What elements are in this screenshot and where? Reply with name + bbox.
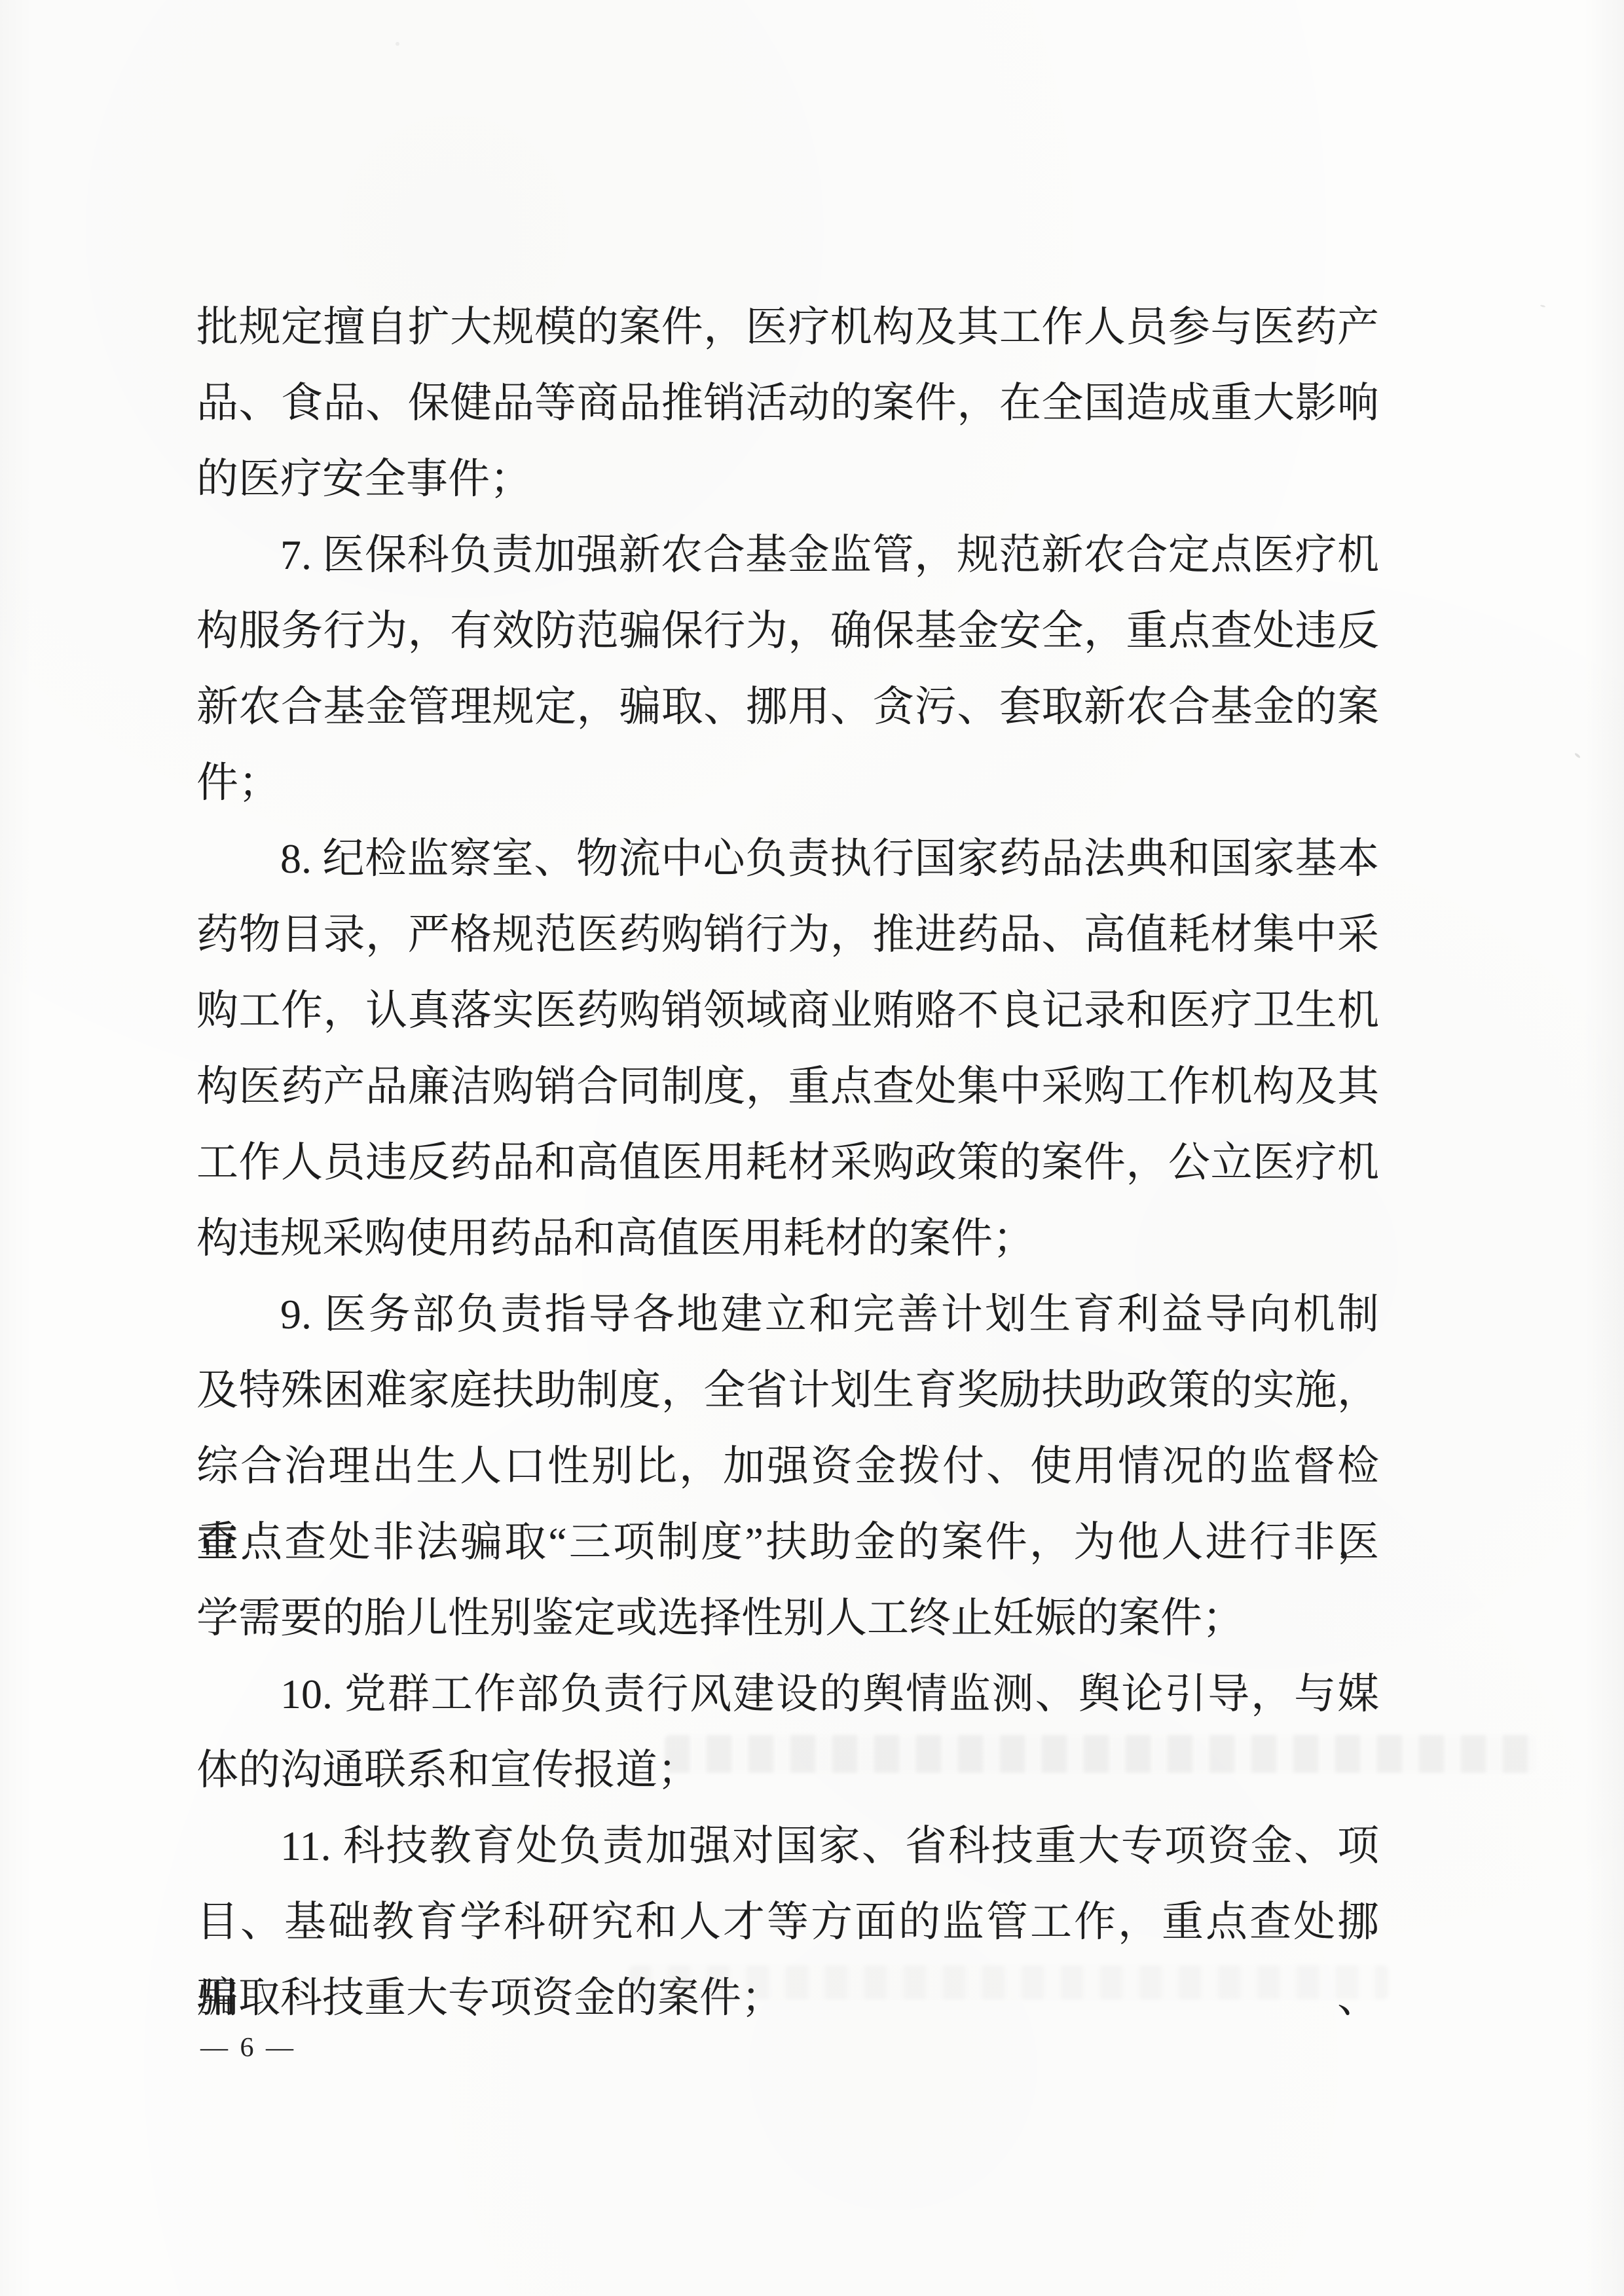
text-line: 及特殊困难家庭扶助制度，全省计划生育奖励扶助政策的实施， xyxy=(196,1353,1379,1429)
text-line: 7. 医保科负责加强新农合基金监管，规范新农合定点医疗机 xyxy=(196,517,1379,593)
scan-speck-artifact xyxy=(1540,304,1546,308)
text-line: 8. 纪检监察室、物流中心负责执行国家药品法典和国家基本 xyxy=(196,821,1379,897)
text-line: 品、食品、保健品等商品推销活动的案件，在全国造成重大影响 xyxy=(196,365,1379,441)
page-number: — 6 — xyxy=(200,2028,296,2068)
text-line: 购工作，认真落实医药购销领域商业贿赂不良记录和医疗卫生机 xyxy=(196,973,1379,1049)
text-line: 9. 医务部负责指导各地建立和完善计划生育利益导向机制 xyxy=(196,1277,1379,1353)
text-line: 10. 党群工作部负责行风建设的舆情监测、舆论引导，与媒 xyxy=(196,1656,1379,1732)
body-text-block: 批规定擅自扩大规模的案件，医疗机构及其工作人员参与医药产品、食品、保健品等商品推… xyxy=(196,289,1379,2036)
text-line: 目、基础教育学科研究和人才等方面的监管工作，重点查处挪用、 xyxy=(196,1884,1379,1960)
text-line: 新农合基金管理规定，骗取、挪用、贪污、套取新农合基金的案 xyxy=(196,669,1379,745)
scan-speck-artifact xyxy=(1574,752,1581,758)
text-line: 学需要的胎儿性别鉴定或选择性别人工终止妊娠的案件； xyxy=(196,1580,1379,1656)
scan-speck-artifact xyxy=(396,42,399,46)
text-line: 件； xyxy=(196,745,1379,821)
text-line: 11. 科技教育处负责加强对国家、省科技重大专项资金、项 xyxy=(196,1808,1379,1884)
text-line: 批规定擅自扩大规模的案件，医疗机构及其工作人员参与医药产 xyxy=(196,289,1379,365)
text-line: 工作人员违反药品和高值医用耗材采购政策的案件，公立医疗机 xyxy=(196,1125,1379,1201)
text-line: 重点查处非法骗取“三项制度”扶助金的案件，为他人进行非医 xyxy=(196,1504,1379,1580)
text-line: 的医疗安全事件； xyxy=(196,441,1379,517)
text-line: 药物目录，严格规范医药购销行为，推进药品、高值耗材集中采 xyxy=(196,897,1379,973)
scanned-document-page: 批规定擅自扩大规模的案件，医疗机构及其工作人员参与医药产品、食品、保健品等商品推… xyxy=(0,0,1624,2296)
text-line: 构服务行为，有效防范骗保行为，确保基金安全，重点查处违反 xyxy=(196,593,1379,669)
text-line: 构违规采购使用药品和高值医用耗材的案件； xyxy=(196,1201,1379,1277)
text-line: 综合治理出生人口性别比，加强资金拨付、使用情况的监督检查， xyxy=(196,1429,1379,1504)
text-line: 构医药产品廉洁购销合同制度，重点查处集中采购工作机构及其 xyxy=(196,1049,1379,1125)
text-line: 体的沟通联系和宣传报道； xyxy=(196,1732,1379,1808)
